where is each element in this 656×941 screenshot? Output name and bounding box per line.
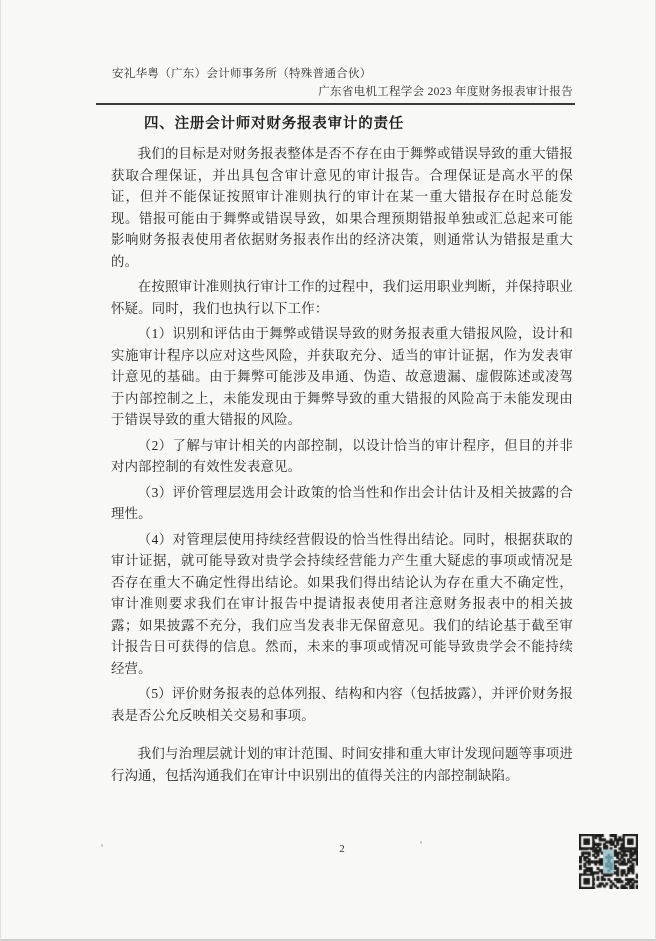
paragraph-governance-communication: 我们与治理层就计划的审计范围、时间安排和重大审计发现问题等事项进行沟通，包括沟通… xyxy=(111,743,573,786)
paragraph-professional-judgment: 在按照审计准则执行审计工作的过程中，我们运用职业判断，并保持职业怀疑。同时，我们… xyxy=(111,276,573,319)
section-heading: 四、注册会计师对财务报表审计的责任 xyxy=(144,112,571,133)
document-body: 我们的目标是对财务报表整体是否不存在由于舞弊或错误导致的重大错报获取合理保证，并… xyxy=(111,143,573,790)
paragraph-item-3: （3）评价管理层选用会计政策的恰当性和作出会计估计及相关披露的合理性。 xyxy=(111,482,573,525)
paragraph-item-5: （5）评价财务报表的总体列报、结构和内容（包括披露），并评价财务报表是否公允反映… xyxy=(111,683,573,726)
paragraph-item-4: （4）对管理层使用持续经营假设的恰当性得出结论。同时，根据获取的审计证据，就可能… xyxy=(111,529,573,680)
paragraph-objective: 我们的目标是对财务报表整体是否不存在由于舞弊或错误导致的重大错报获取合理保证，并… xyxy=(111,143,573,272)
document-page: 安礼华粤（广东）会计师事务所（特殊普通合伙） 广东省电机工程学会 2023 年度… xyxy=(0,0,656,941)
paragraph-item-1: （1）识别和评估由于舞弊或错误导致的财务报表重大错报风险，设计和实施审计程序以应… xyxy=(111,323,573,431)
page-header: 安礼华粤（广东）会计师事务所（特殊普通合伙） 广东省电机工程学会 2023 年度… xyxy=(96,66,575,105)
page-footer: 2 xyxy=(111,839,573,857)
paragraph-item-2: （2）了解与审计相关的内部控制，以设计恰当的审计程序，但目的并非对内部控制的有效… xyxy=(111,435,573,478)
audit-firm-name: 安礼华粤（广东）会计师事务所（特殊普通合伙） xyxy=(96,66,575,82)
scan-speck xyxy=(420,841,422,844)
scan-speck xyxy=(101,844,103,847)
qr-code xyxy=(579,834,638,889)
report-title-header: 广东省电机工程学会 2023 年度财务报表审计报告 xyxy=(96,84,575,100)
page-number: 2 xyxy=(339,843,345,855)
